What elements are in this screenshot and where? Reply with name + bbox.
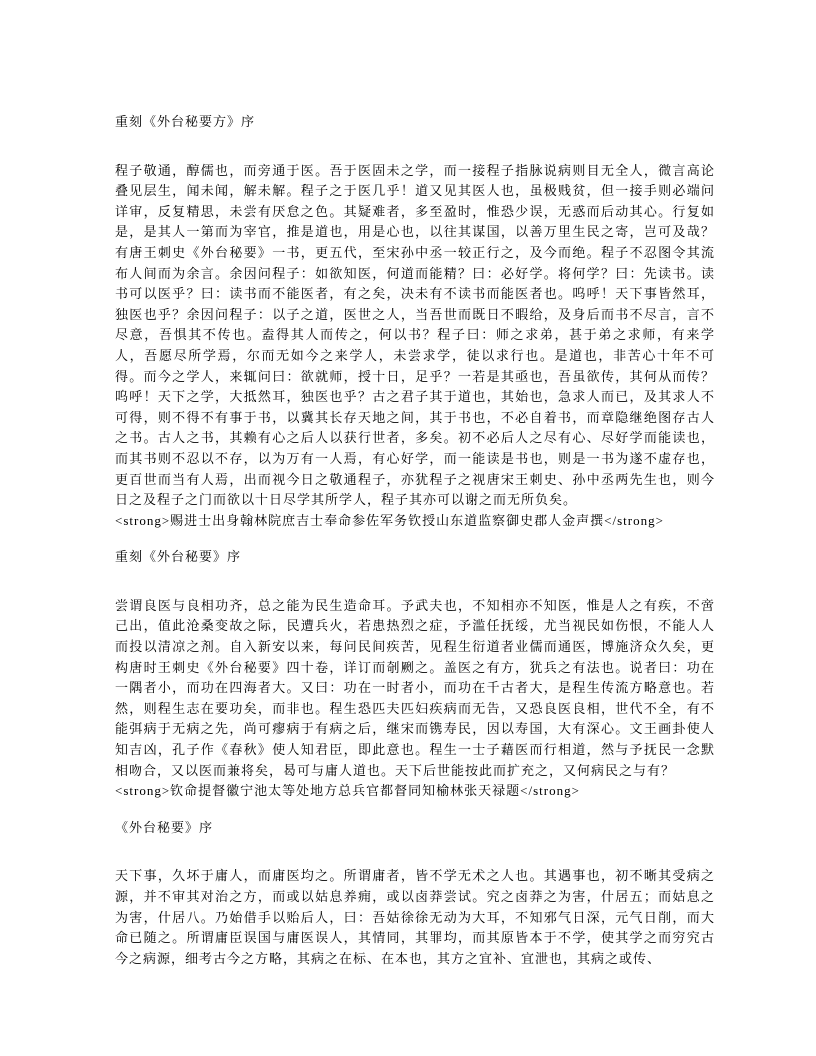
section-preface-reprint-waitai-miyao: 重刻《外台秘要》序 尝谓良医与良相功齐，总之能为民生造命耳。予武夫也，不知相亦不… — [115, 547, 715, 802]
section-signature-line: <strong>赐进士出身翰林院庶吉士奉命参佐军务钦授山东道监察御史郡人金声撰<… — [115, 511, 715, 532]
section-title: 重刻《外台秘要方》序 — [115, 112, 715, 133]
section-body-text: 尝谓良医与良相功齐，总之能为民生造命耳。予武夫也，不知相亦不知医，惟是人之有疾，… — [115, 596, 715, 781]
section-title: 《外台秘要》序 — [115, 818, 715, 839]
section-body-text: 程子敬通，醇儒也，而旁通于医。吾于医固未之学，而一接程子指脉说病则目无全人，微言… — [115, 161, 715, 511]
section-body-text: 天下事，久坏于庸人，而庸医均之。所谓庸者，皆不学无术之人也。其遇事也，初不晰其受… — [115, 866, 715, 969]
section-signature-line: <strong>钦命提督徽宁池太等处地方总兵官都督同知榆林张天禄题</stron… — [115, 781, 715, 802]
section-preface-waitai-miyao: 《外台秘要》序 天下事，久坏于庸人，而庸医均之。所谓庸者，皆不学无术之人也。其遇… — [115, 818, 715, 970]
section-title: 重刻《外台秘要》序 — [115, 547, 715, 568]
section-preface-reprint-waitai-miyaofang: 重刻《外台秘要方》序 程子敬通，醇儒也，而旁通于医。吾于医固未之学，而一接程子指… — [115, 112, 715, 531]
document-content: 重刻《外台秘要方》序 程子敬通，醇儒也，而旁通于医。吾于医固未之学，而一接程子指… — [0, 0, 816, 969]
document-page: { "document": { "background_color": "#ff… — [0, 0, 816, 1056]
